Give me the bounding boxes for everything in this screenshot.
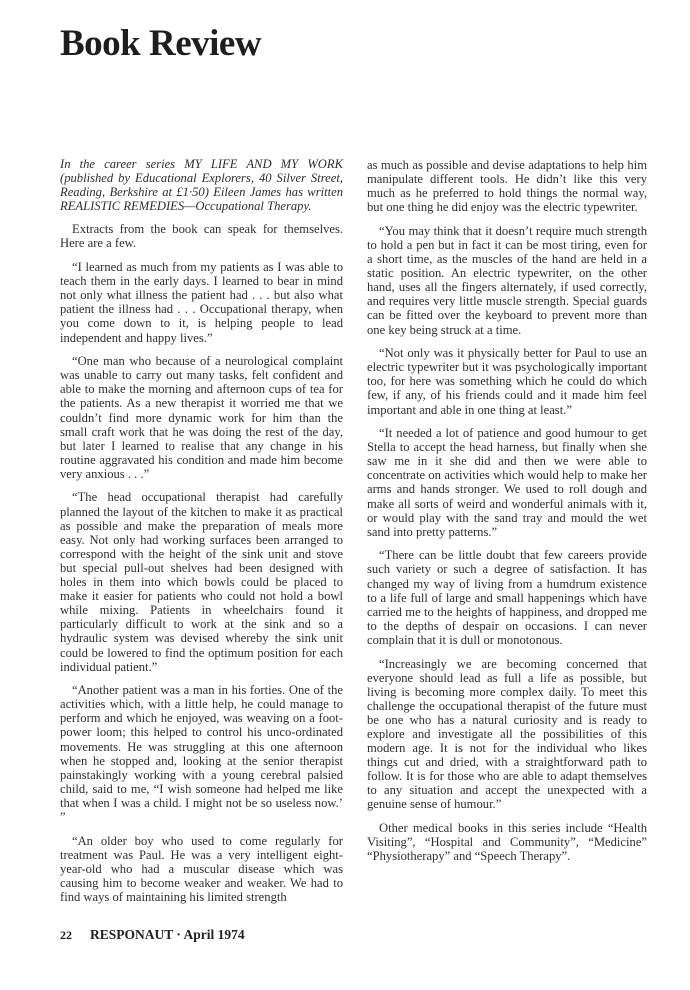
publication-line: RESPONAUT · April 1974 (90, 927, 245, 943)
closing-paragraph: Other medical books in this series inclu… (367, 821, 647, 863)
body-paragraph: “An older boy who used to come regularly… (60, 834, 343, 904)
page-footer: 22 RESPONAUT · April 1974 (60, 927, 245, 943)
page-number: 22 (60, 928, 72, 943)
body-paragraph: “You may think that it doesn’t require m… (367, 224, 647, 337)
intro-paragraph: In the career series MY LIFE AND MY WORK… (60, 157, 343, 213)
body-paragraph: “The head occupational therapist had car… (60, 490, 343, 673)
left-column: In the career series MY LIFE AND MY WORK… (60, 157, 343, 914)
body-paragraph: “I learned as much from my patients as I… (60, 260, 343, 345)
body-paragraph: “Another patient was a man in his fortie… (60, 683, 343, 824)
body-paragraph: “Not only was it physically better for P… (367, 346, 647, 416)
right-column: as much as possible and devise adaptatio… (367, 158, 647, 873)
body-paragraph: Extracts from the book can speak for the… (60, 222, 343, 250)
page-title: Book Review (60, 22, 261, 66)
body-paragraph: “Increasingly we are becoming concerned … (367, 657, 647, 812)
body-paragraph: “One man who because of a neurological c… (60, 354, 343, 481)
continued-paragraph: as much as possible and devise adaptatio… (367, 158, 647, 214)
body-paragraph: “There can be little doubt that few care… (367, 548, 647, 647)
body-paragraph: “It needed a lot of patience and good hu… (367, 426, 647, 539)
